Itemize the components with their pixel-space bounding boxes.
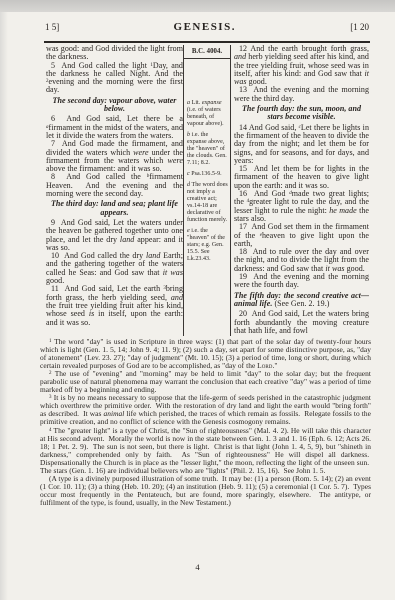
page-title: GENESIS. <box>174 21 236 33</box>
running-head: 1 5] GENESIS. [1 20 <box>45 21 369 33</box>
verse-range-right: [1 20 <box>350 22 369 32</box>
verse-paragraph: 10 And God called the dry land Earth; an… <box>46 252 183 285</box>
verse-paragraph: 11 And God said, Let the earth 3bring fo… <box>46 285 183 326</box>
section-heading: The fourth day: the sun, moon, and stars… <box>234 105 369 122</box>
center-reference-column: B.C. 4004. a Lit. expanse (i.e. of water… <box>183 45 231 336</box>
reference-note-c: c Psa.136.5-9. <box>187 171 228 178</box>
verse-paragraph: was good: and God divided the light from… <box>46 45 183 62</box>
verse-paragraph: 12 And the earth brought forth grass, an… <box>234 45 369 86</box>
section-heading: The second day: vapour above, water belo… <box>46 97 183 114</box>
scan-left-edge-shading <box>0 12 8 600</box>
footnote-4: 4 The "greater light" is a type of Chris… <box>40 427 371 475</box>
verse-paragraph: 14 And God said, cLet there be lights in… <box>234 124 369 165</box>
left-text-column: was good: and God divided the light from… <box>46 45 183 336</box>
section-heading: The fifth day: the second creative act—a… <box>234 292 369 309</box>
verse-range-left: 1 5] <box>45 22 59 32</box>
verse-paragraph: 5 And God called the light 1Day, and the… <box>46 62 183 95</box>
footnotes-section: 1 The word "day" is used in Scripture in… <box>40 338 371 507</box>
verse-paragraph: 6 And God said, Let there be a afirmamen… <box>46 115 183 140</box>
margin-reference-notes: a Lit. expanse (i.e. of waters beneath, … <box>184 100 230 263</box>
verse-paragraph: 20 And God said, Let the waters bring fo… <box>234 310 369 335</box>
text-columns: was good: and God divided the light from… <box>46 45 369 336</box>
verse-paragraph: 16 And God dmade two great lights; the 4… <box>234 190 369 223</box>
reference-note-b: b i.e. the expanse above, the "heaven" o… <box>187 132 228 167</box>
scanned-bible-page: 1 5] GENESIS. [1 20 was good: and God di… <box>0 0 395 600</box>
footnote-2: 2 The use of "evening" and "morning" may… <box>40 370 371 394</box>
verse-paragraph: 19 And the evening and the morning were … <box>234 273 369 290</box>
section-heading: The third day: land and sea; plant life … <box>46 200 183 217</box>
header-rule <box>44 41 370 43</box>
reference-note-a: a Lit. expanse (i.e. of waters beneath, … <box>187 100 228 128</box>
footnote-3: 3 It is by no means necessary to suppose… <box>40 394 371 426</box>
footnote-1: 1 The word "day" is used in Scripture in… <box>40 338 371 370</box>
reference-note-d: d The word does not imply a creative act… <box>187 182 228 224</box>
verse-paragraph: 18 And to rule over the day and over the… <box>234 248 369 273</box>
verse-paragraph: 8 And God called the bfirmament Heaven. … <box>46 173 183 198</box>
footnote-type-definition: (A type is a divinely purposed illustrat… <box>40 475 371 507</box>
verse-paragraph: 17 And God set them in the firmament of … <box>234 223 369 248</box>
right-text-column: 12 And the earth brought forth grass, an… <box>231 45 369 336</box>
reference-note-e: e i.e. the "heaven" of the stars; e.g. G… <box>187 228 228 263</box>
verse-paragraph: 9 And God said, Let the waters under the… <box>46 219 183 252</box>
bc-date-box: B.C. 4004. <box>184 45 230 59</box>
verse-paragraph: 7 And God made the firmament, and divide… <box>46 140 183 173</box>
page-number: 4 <box>0 562 395 572</box>
scan-edge-band <box>0 0 395 12</box>
verse-paragraph: 15 And let them be for lights in the fir… <box>234 165 369 190</box>
verse-paragraph: 13 And the evening and the morning were … <box>234 86 369 103</box>
